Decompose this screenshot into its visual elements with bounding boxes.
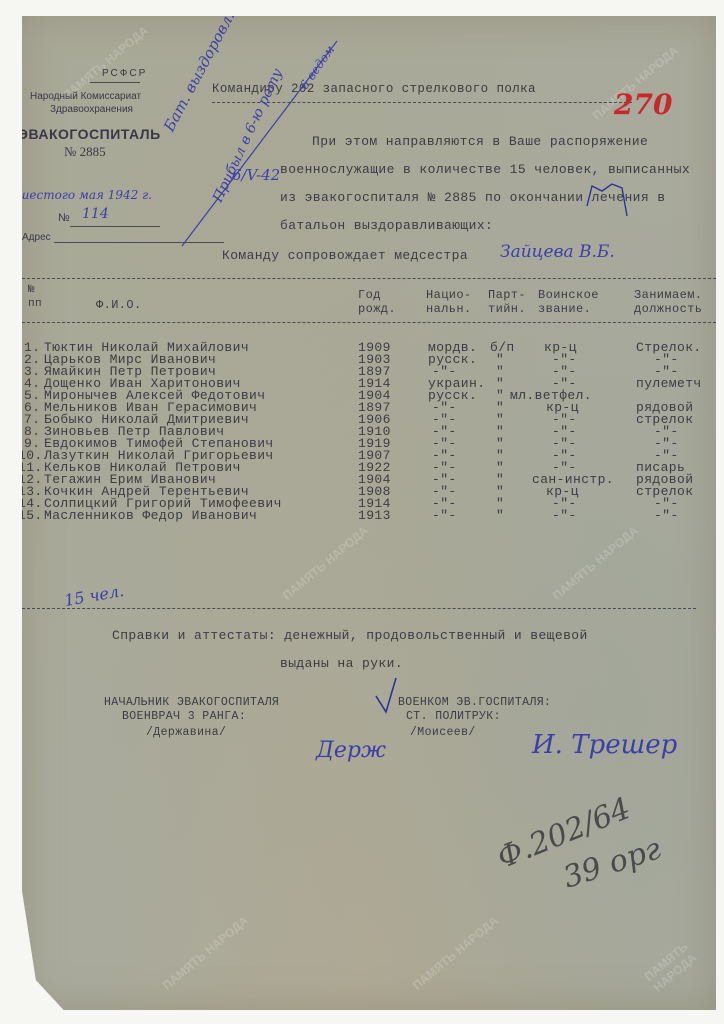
stamp-ministry-2: Здравоохранения [50,104,133,115]
divider [90,82,140,83]
col-nat-2: нальн. [426,302,472,316]
col-rank-2: звание. [538,302,591,316]
address-label: Адрес [22,232,51,243]
document-sheet: ПАМЯТЬ НАРОДА ПАМЯТЬ НАРОДА ПАМЯТЬ НАРОД… [22,16,716,1010]
diagonal-stroke [142,36,342,256]
certificates-line-2: выданы на руки. [280,656,403,671]
certificates-line-1: Справки и аттестаты: денежный, продоволь… [112,628,588,643]
stamp-institution: ЭВАКОГОСПИТАЛЬ [18,126,161,142]
watermark: ПАМЯТЬ НАРОДА [550,523,641,602]
sig-right-signature: И. Трешер [532,730,677,760]
col-num-2: пп [28,298,42,310]
document-date: шестого мая 1942 г. [18,188,152,202]
nurse-name: Зайцева В.Б. [500,242,615,262]
col-birth-2: рожд. [358,302,396,316]
table-top-rule [22,278,716,279]
outgoing-number: 114 [82,206,109,222]
sig-left-title-2: ВОЕНВРАЧ 3 РАНГА: [122,710,246,723]
stamp-number: № 2885 [64,144,106,160]
sig-right-title-2: СТ. ПОЛИТРУК: [406,710,501,723]
stamp-ministry-1: Народный Комиссариат [30,91,141,102]
table-bottom-rule [22,608,696,609]
registration-number: 270 [614,88,672,121]
sig-right-name: /Моисеев/ [410,726,476,739]
col-fio: Ф.И.О. [96,298,142,312]
handwritten-count: 15 чел. [63,581,126,610]
check-mark [372,676,412,716]
watermark: ПАМЯТЬ НАРОДА [642,925,717,994]
col-num-1: № [28,284,35,296]
col-pos-1: Занимаем. [634,288,702,302]
col-birth-1: Год [358,288,381,302]
watermark: ПАМЯТЬ НАРОДА [280,523,371,602]
col-pos-2: должность [634,302,702,316]
watermark: ПАМЯТЬ НАРОДА [160,913,251,992]
watermark: ПАМЯТЬ НАРОДА [410,913,501,992]
col-party-1: Парт- [488,288,526,302]
sig-left-signature: Держ [316,738,386,763]
table-header-rule [22,322,716,323]
sig-left-title-1: НАЧАЛЬНИК ЭВАКОГОСПИТАЛЯ [104,696,279,709]
col-nat-1: Нацио- [426,288,472,302]
check-mark [582,176,642,236]
sig-right-title-1: ВОЕНКОМ ЭВ.ГОСПИТАЛЯ: [398,696,551,709]
sig-left-name: /Державина/ [146,726,226,739]
col-party-2: тийн. [488,302,526,316]
col-rank-1: Воинское [538,288,599,302]
body-line-1: При этом направляются в Ваше распоряжени… [312,134,648,149]
stamp-republic: РСФСР [102,68,147,79]
outgoing-number-label: № [58,212,70,224]
